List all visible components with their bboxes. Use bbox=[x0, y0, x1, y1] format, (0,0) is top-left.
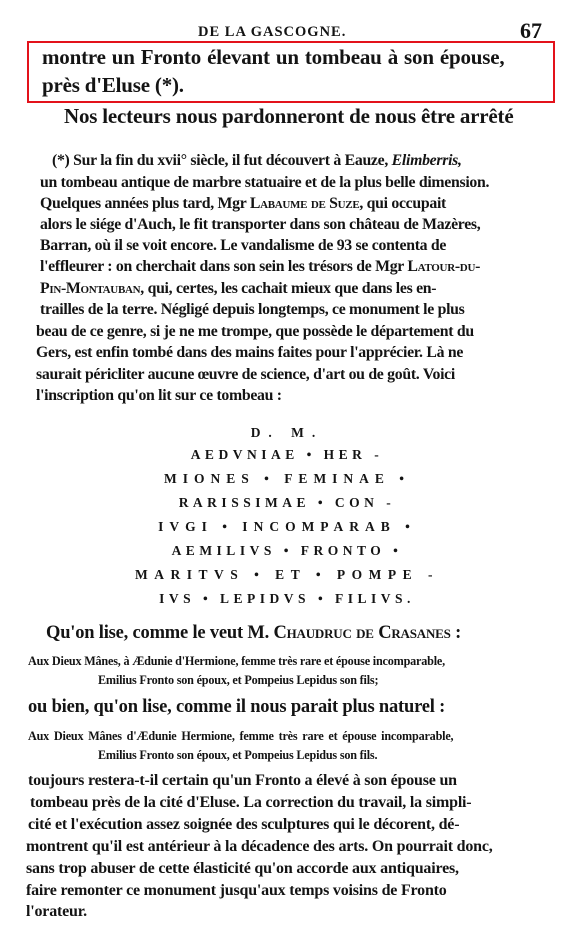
person-name: Chaudruc de Crasanes bbox=[273, 623, 450, 643]
translation-2-line-1: Aux Dieux Mânes d'Ædunie Hermione, femme… bbox=[28, 729, 453, 744]
inscription-line: AEMILIVS • FRONTO • bbox=[0, 543, 574, 559]
person-name: Labaume de Suze bbox=[250, 195, 360, 212]
inscription-line: IVS • LEPIDVS • FILIVS. bbox=[0, 591, 574, 607]
inscription-line: MIONES • FEMINAE • bbox=[0, 471, 574, 487]
inscription-line: D. M. bbox=[0, 425, 574, 441]
conclusion-line: montrent qu'il est antérieur à la décade… bbox=[26, 838, 493, 856]
translation-2-line-2: Emilius Fronto son époux, et Pompeius Le… bbox=[98, 748, 377, 763]
person-name: Latour-du- bbox=[407, 258, 480, 275]
highlighted-line-1: montre un Fronto élevant un tombeau à so… bbox=[42, 45, 504, 70]
footnote-line: Gers, est enfin tombé dans des mains fai… bbox=[36, 344, 463, 362]
footnote-line: un tombeau antique de marbre statuaire e… bbox=[40, 174, 489, 192]
footnote-line: Quelques années plus tard, Mgr Labaume d… bbox=[40, 195, 446, 213]
reading-intro-2: ou bien, qu'on lise, comme il nous parai… bbox=[28, 697, 445, 718]
inscription-line: MARITVS • ET • POMPE - bbox=[0, 567, 574, 583]
highlighted-line-2: près d'Eluse (*). bbox=[42, 73, 184, 98]
conclusion-line: l'orateur. bbox=[26, 903, 87, 921]
conclusion-line: faire remonter ce monument jusqu'aux tem… bbox=[26, 882, 447, 900]
person-name: Pin-Montauban bbox=[40, 280, 140, 297]
translation-1-line-2: Emilius Fronto son époux, et Pompeius Le… bbox=[98, 673, 378, 688]
inscription-line: RARISSIMAE • CON - bbox=[0, 495, 574, 511]
footnote-line: trailles de la terre. Négligé depuis lon… bbox=[40, 301, 465, 319]
conclusion-line: tombeau près de la cité d'Eluse. La corr… bbox=[30, 794, 471, 812]
conclusion-line: sans trop abuser de cette élasticité qu'… bbox=[26, 860, 459, 878]
inscription-line: IVGI • INCOMPARAB • bbox=[0, 519, 574, 535]
reading-intro-1: Qu'on lise, comme le veut M. Chaudruc de… bbox=[46, 623, 461, 644]
footnote-line: beau de ce genre, si je ne me trompe, qu… bbox=[36, 323, 474, 341]
footnote-line: l'effleurer : on cherchait dans son sein… bbox=[40, 258, 480, 276]
conclusion-line: toujours restera-t-il certain qu'un Fron… bbox=[28, 772, 457, 790]
footnote-line: Barran, où il se voit encore. Le vandali… bbox=[40, 237, 446, 255]
translation-1-line-1: Aux Dieux Mânes, à Ædunie d'Hermione, fe… bbox=[28, 654, 445, 669]
footnote-italic-place: Elimberris, bbox=[392, 152, 462, 169]
footnote-line: alors le siége d'Auch, le fit transporte… bbox=[40, 216, 480, 234]
running-header: DE LA GASCOGNE. bbox=[198, 24, 346, 41]
inscription-line: AEDVNIAE • HER - bbox=[0, 447, 574, 463]
footnote-line: saurait péricliter aucune œuvre de scien… bbox=[36, 366, 455, 384]
footnote-line: Pin-Montauban, qui, certes, les cachait … bbox=[40, 280, 436, 298]
footnote-line: (*) Sur la fin du xvii° siècle, il fut d… bbox=[52, 152, 462, 170]
main-text-line: Nos lecteurs nous pardonneront de nous ê… bbox=[64, 104, 513, 129]
conclusion-line: cité et l'exécution assez soignée des sc… bbox=[28, 816, 459, 834]
footnote-line: l'inscription qu'on lit sur ce tombeau : bbox=[36, 387, 282, 405]
